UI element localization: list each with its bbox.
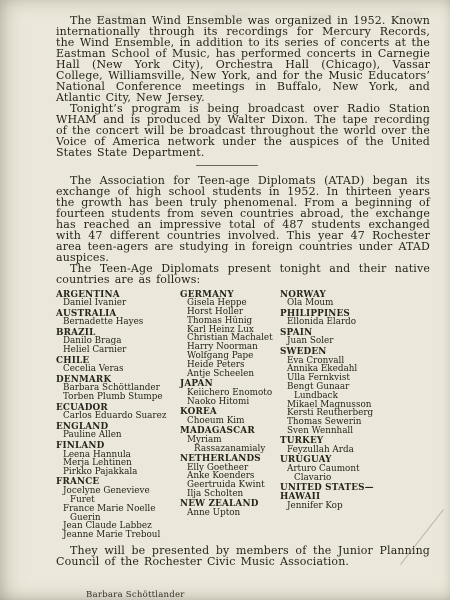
diplomat-name: Antje Scheelen <box>194 370 278 379</box>
country-group: ECUADORCarlos Eduardo Suarez <box>56 404 168 422</box>
country-group: CHILECecelia Veras <box>56 357 168 375</box>
diplomat-name: Daniel Ivanier <box>70 299 168 308</box>
paragraph-wind-ensemble: The Eastman Wind Ensemble was organized … <box>56 15 430 103</box>
country-heading: UNITED STATES— HAWAII <box>280 484 377 502</box>
diplomat-name: France Marie Noelle Guerin <box>70 505 168 523</box>
paragraph-atad: The Association for Teen-age Diplomats (… <box>56 175 430 263</box>
country-group: FRANCEJocelyne Genevieve FuretFrance Mar… <box>56 478 168 540</box>
paragraph-list-intro: The Teen-Age Diplomats present tonight a… <box>56 263 430 285</box>
country-group: PHILIPPINESEllonida Elardo <box>280 310 377 328</box>
diplomat-name: Bengt Gunaar Lundback <box>294 383 377 401</box>
diplomat-name: Juan Soler <box>294 337 377 346</box>
diplomat-column-3: NORWAYOla MoumPHILIPPINESEllonida Elardo… <box>280 289 377 540</box>
country-group: ENGLANDPauline Allen <box>56 423 168 441</box>
country-group: GERMANYGisela HeppeHorst HollerThomas Hü… <box>180 291 278 379</box>
diplomat-name: Ola Moum <box>294 299 377 308</box>
diplomat-name: Carlos Eduardo Suarez <box>70 412 168 421</box>
country-group: AUSTRALIABernadette Hayes <box>56 310 168 328</box>
country-group: NORWAYOla Moum <box>280 291 377 309</box>
diplomat-name: Pauline Allen <box>70 431 168 440</box>
diplomat-name: Jeanne Marie Treboul <box>70 531 168 540</box>
diplomat-name: Pirkko Pajakkala <box>70 468 168 477</box>
diplomat-name: Choeum Kim <box>194 417 278 426</box>
diplomat-name: Sven Wennhall <box>294 427 377 436</box>
diplomat-name: Ilja Scholten <box>194 490 278 499</box>
paragraph-closing: They will be presented by members of the… <box>56 545 430 567</box>
diplomat-list: ARGENTINADaniel IvanierAUSTRALIABernadet… <box>56 289 430 540</box>
country-group: NETHERLANDSElly GoetheerAnke KoendersGee… <box>180 455 278 499</box>
country-group: JAPANKeiichero EnomotoNaoko Hitomi <box>180 380 278 406</box>
diplomat-name: Arturo Caumont Clavario <box>294 465 377 483</box>
country-group: BRAZILDanilo BragaHeliel Carnier <box>56 329 168 355</box>
diplomat-name: Naoko Hitomi <box>194 398 278 407</box>
country-group: SWEDENEva CronvallAnnika EkedahlUlla Fer… <box>280 348 377 436</box>
diplomat-column-2: GERMANYGisela HeppeHorst HollerThomas Hü… <box>180 289 278 540</box>
diplomat-name: Cecelia Veras <box>70 365 168 374</box>
diplomat-name: Jennifer Kop <box>294 502 377 511</box>
country-group: MADAGASCARMyriam Rassazanamialy <box>180 427 278 453</box>
country-group: NEW ZEALANDAnne Upton <box>180 500 278 518</box>
diplomat-name: Bernadette Hayes <box>70 318 168 327</box>
diplomat-name: Anne Upton <box>194 509 278 518</box>
diplomat-name: Heliel Carnier <box>70 346 168 355</box>
diplomat-name: Jocelyne Genevieve Furet <box>70 487 168 505</box>
diplomat-name: Ellonida Elardo <box>294 318 377 327</box>
country-group: DENMARKBarbara SchöttlanderTorben Plumb … <box>56 376 168 402</box>
country-group: KOREAChoeum Kim <box>180 408 278 426</box>
section-divider <box>196 165 258 166</box>
diplomat-name: Feyzullah Arda <box>294 446 377 455</box>
country-group: FINLANDLeena HannulaMerja LehtinenPirkko… <box>56 442 168 477</box>
diplomat-name: Torben Plumb Stumpe <box>70 393 168 402</box>
photo-caption: Barbara Schöttlander <box>86 590 430 600</box>
diplomat-column-1: ARGENTINADaniel IvanierAUSTRALIABernadet… <box>56 289 168 540</box>
country-group: ARGENTINADaniel Ivanier <box>56 291 168 309</box>
country-group: UNITED STATES— HAWAIIJennifer Kop <box>280 484 377 510</box>
program-page: The Eastman Wind Ensemble was organized … <box>0 0 450 600</box>
country-group: URUGUAYArturo Caumont Clavario <box>280 456 377 482</box>
country-group: TURKEYFeyzullah Arda <box>280 437 377 455</box>
paragraph-broadcast: Tonight’s program is being broadcast ove… <box>56 103 430 158</box>
country-group: SPAINJuan Soler <box>280 329 377 347</box>
page-content: The Eastman Wind Ensemble was organized … <box>0 0 450 600</box>
diplomat-name: Myriam Rassazanamialy <box>194 436 278 454</box>
